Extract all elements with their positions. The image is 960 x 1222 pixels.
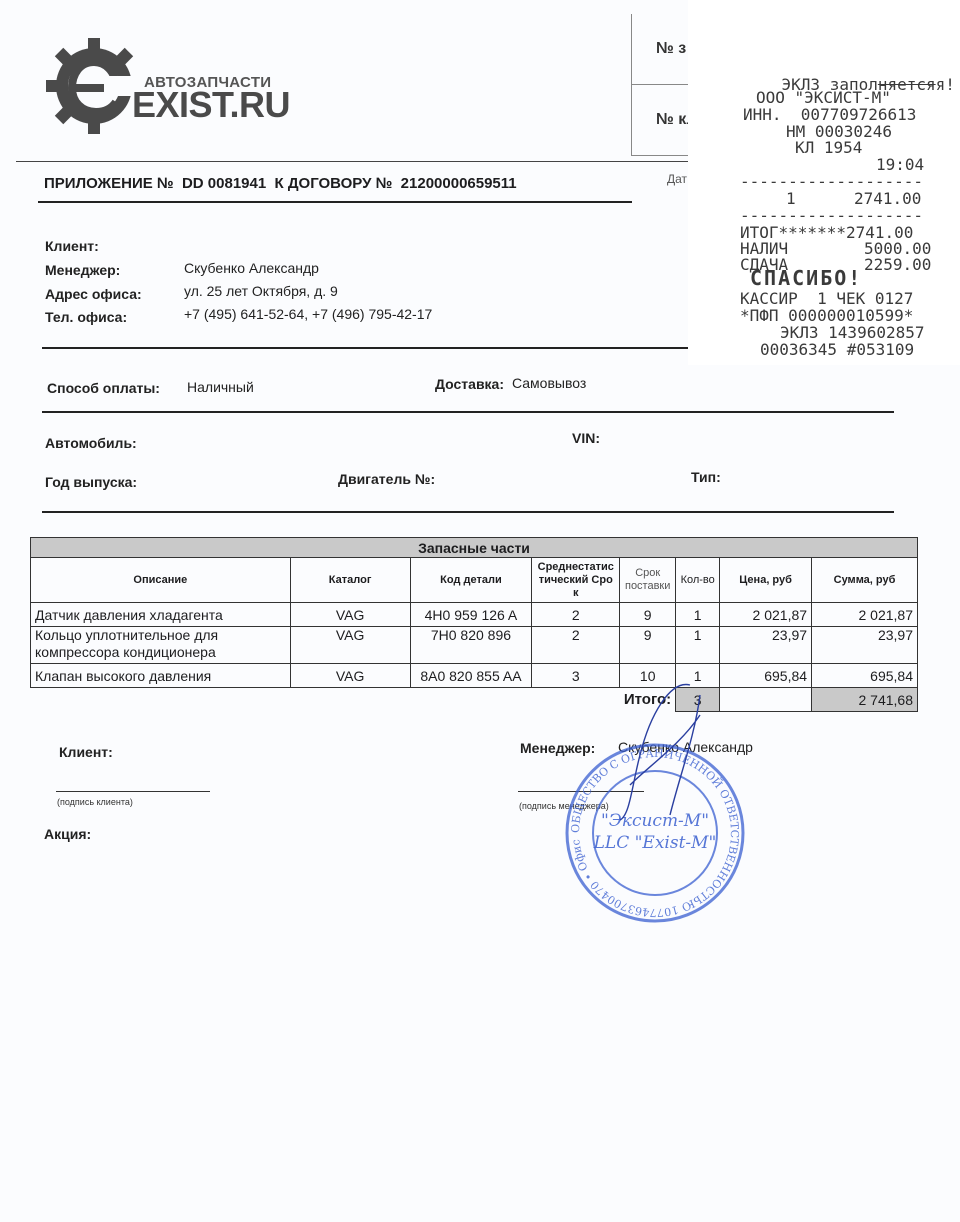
receipt-thanks: СПАСИБО! bbox=[750, 270, 862, 288]
engine-label: Двигатель №: bbox=[338, 471, 435, 487]
receipt-kl: КЛ 1954 bbox=[795, 139, 862, 157]
table-row: Клапан высокого давления VAG 8A0 820 855… bbox=[31, 664, 918, 688]
office-phone-value: +7 (495) 641-52-64, +7 (496) 795-42-17 bbox=[184, 306, 432, 322]
divider-top bbox=[16, 161, 696, 162]
receipt-divider: ------------------- bbox=[740, 207, 923, 225]
col-avg-term: Среднестатистический Срок bbox=[532, 558, 620, 603]
receipt-time: 19:04 bbox=[876, 156, 924, 174]
divider-payment bbox=[42, 411, 894, 413]
promo-label: Акция: bbox=[44, 826, 91, 842]
total-row: Итого: 3 2 741,68 bbox=[31, 688, 918, 712]
logo-brand: EXIST.RU bbox=[132, 84, 290, 126]
type-label: Тип: bbox=[691, 469, 721, 485]
cell-delivery-term: 9 bbox=[620, 603, 676, 627]
receipt-item-amount: 2741.00 bbox=[854, 190, 921, 208]
gear-e-logo-icon bbox=[44, 36, 144, 136]
receipt-divider: ------------------- bbox=[740, 173, 923, 191]
exist-logo: АВТОЗАПЧАСТИ EXIST.RU bbox=[44, 36, 294, 136]
cash-receipt: ЭКЛЗ заполняетсяя! ООО "ЭКСИСТ-М" ИНН. 0… bbox=[688, 0, 960, 365]
cell-catalog: VAG bbox=[290, 664, 410, 688]
cell-part-code: 4H0 959 126 A bbox=[410, 603, 532, 627]
receipt-cashier: КАССИР 1 ЧЕК 0127 bbox=[740, 290, 913, 308]
col-delivery-term: Срок поставки bbox=[620, 558, 676, 603]
receipt-inn: ИНН. 007709726613 bbox=[743, 106, 916, 124]
receipt-eklz: ЭКЛЗ 1439602857 bbox=[780, 324, 925, 342]
total-sum: 2 741,68 bbox=[812, 688, 918, 712]
cell-qty: 1 bbox=[676, 627, 720, 664]
col-qty: Кол-во bbox=[676, 558, 720, 603]
office-address-label: Адрес офиса: bbox=[45, 286, 142, 302]
total-blank bbox=[720, 688, 812, 712]
col-price: Цена, руб bbox=[720, 558, 812, 603]
cell-part-code: 7H0 820 896 bbox=[410, 627, 532, 664]
receipt-footer: 00036345 #053109 bbox=[760, 341, 914, 359]
col-sum: Сумма, руб bbox=[812, 558, 918, 603]
vin-label: VIN: bbox=[572, 430, 600, 446]
cell-avg-term: 2 bbox=[532, 603, 620, 627]
table-header-row: Описание Каталог Код детали Среднестатис… bbox=[31, 558, 918, 603]
year-label: Год выпуска: bbox=[45, 474, 137, 490]
cell-avg-term: 2 bbox=[532, 627, 620, 664]
cell-price: 695,84 bbox=[720, 664, 812, 688]
client-signature-line bbox=[56, 791, 210, 792]
date-label: Дат bbox=[667, 172, 687, 186]
office-address-value: ул. 25 лет Октября, д. 9 bbox=[184, 283, 338, 299]
page-title: ПРИЛОЖЕНИЕ № DD 0081941 К ДОГОВОРУ № 212… bbox=[44, 175, 517, 192]
sign-client-label: Клиент: bbox=[59, 744, 113, 760]
col-description: Описание bbox=[31, 558, 291, 603]
cell-price: 23,97 bbox=[720, 627, 812, 664]
table-row: Датчик давления хладагента VAG 4H0 959 1… bbox=[31, 603, 918, 627]
receipt-company: ООО "ЭКСИСТ-М" bbox=[756, 89, 891, 107]
cell-sum: 2 021,87 bbox=[812, 603, 918, 627]
cell-description: Кольцо уплотнительное для компрессора ко… bbox=[31, 627, 291, 664]
receipt-pfp: *ПФП 000000010599* bbox=[740, 307, 913, 325]
cell-qty: 1 bbox=[676, 603, 720, 627]
car-label: Автомобиль: bbox=[45, 435, 137, 451]
cell-description: Датчик давления хладагента bbox=[31, 603, 291, 627]
col-part-code: Код детали bbox=[410, 558, 532, 603]
svg-text:LLC "Exist-M": LLC "Exist-M" bbox=[593, 833, 717, 853]
cell-catalog: VAG bbox=[290, 603, 410, 627]
cell-description: Клапан высокого давления bbox=[31, 664, 291, 688]
cell-sum: 23,97 bbox=[812, 627, 918, 664]
receipt-item-no: 1 bbox=[786, 190, 796, 208]
handwritten-signature-icon bbox=[560, 675, 720, 825]
table-row: Кольцо уплотнительное для компрессора ко… bbox=[31, 627, 918, 664]
divider-title bbox=[38, 201, 632, 203]
client-signature-caption: (подпись клиента) bbox=[57, 797, 133, 807]
cell-delivery-term: 9 bbox=[620, 627, 676, 664]
col-catalog: Каталог bbox=[290, 558, 410, 603]
delivery-value: Самовывоз bbox=[512, 375, 586, 391]
manager-value: Скубенко Александр bbox=[184, 260, 319, 276]
payment-method-value: Наличный bbox=[187, 379, 254, 395]
cell-price: 2 021,87 bbox=[720, 603, 812, 627]
manager-label: Менеджер: bbox=[45, 262, 120, 278]
parts-table-title: Запасные части bbox=[31, 538, 918, 558]
cell-catalog: VAG bbox=[290, 627, 410, 664]
cell-part-code: 8A0 820 855 AA bbox=[410, 664, 532, 688]
office-phone-label: Тел. офиса: bbox=[45, 309, 127, 325]
divider-vehicle bbox=[42, 511, 894, 513]
payment-method-label: Способ оплаты: bbox=[47, 380, 160, 396]
client-label: Клиент: bbox=[45, 238, 99, 254]
cell-sum: 695,84 bbox=[812, 664, 918, 688]
delivery-label: Доставка: bbox=[435, 376, 504, 392]
parts-table: Запасные части Описание Каталог Код дета… bbox=[30, 537, 918, 712]
receipt-change-value: 2259.00 bbox=[864, 256, 931, 274]
